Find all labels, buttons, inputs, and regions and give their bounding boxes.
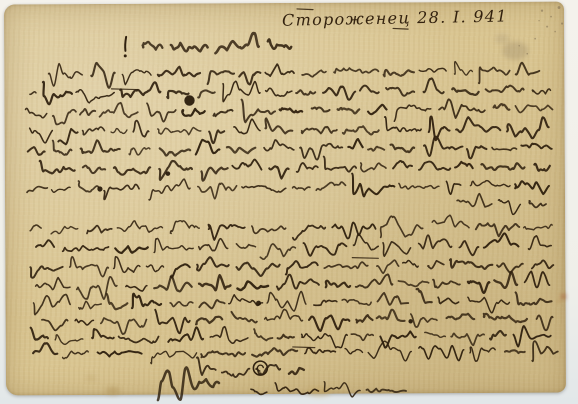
emphasis-underline (293, 347, 315, 348)
body-short-8 (457, 193, 546, 214)
emphasis-underline (393, 28, 408, 29)
body-7 (27, 173, 549, 201)
handwriting-svg (0, 0, 578, 404)
body-12 (36, 271, 550, 299)
paper-speckle (558, 6, 561, 9)
body-1 (48, 61, 539, 88)
paper-speckle (534, 38, 536, 40)
postcard: Стороженец 28. I. 941 (4, 2, 566, 396)
ink-blot (184, 95, 194, 105)
paper-speckle (561, 22, 563, 24)
paper-stain (307, 387, 331, 397)
paper-stain (106, 387, 120, 395)
ink-blot (256, 301, 261, 306)
ink-blot (166, 171, 171, 176)
handwriting-layer (0, 0, 578, 404)
signature-name-18 (158, 367, 219, 400)
body-13 (33, 288, 551, 315)
ink-blot (408, 319, 412, 323)
body-15 (31, 325, 551, 349)
body-6 (40, 155, 550, 181)
paper-speckle (546, 26, 548, 28)
postscript-19 (251, 381, 406, 397)
red-stain (558, 301, 560, 303)
emphasis-underline (111, 89, 137, 90)
body-9 (30, 215, 552, 241)
body-11 (30, 254, 553, 278)
paper-speckle (526, 53, 528, 55)
paper-stain (86, 375, 96, 381)
body-16 (33, 340, 558, 364)
signature-17 (197, 357, 304, 378)
paper-speckle (518, 45, 519, 46)
paper-stain (502, 42, 528, 60)
body-4 (30, 116, 549, 145)
signature-spiral (253, 361, 267, 375)
red-stain (561, 294, 566, 299)
dateline-text: Стороженец 28. I. 941 (282, 6, 532, 30)
ink-blot (97, 186, 102, 191)
paper-speckle (550, 16, 552, 18)
paper-speckle (554, 31, 556, 33)
body-3 (25, 98, 552, 125)
salutation-0 (124, 33, 292, 57)
body-2 (30, 78, 551, 105)
scan-background: Стороженец 28. I. 941 (0, 0, 578, 404)
exclamation-stroke (125, 37, 126, 51)
body-10 (36, 233, 551, 260)
paper-speckle (538, 20, 539, 21)
body-5 (28, 136, 552, 161)
body-14 (42, 308, 553, 335)
paper-stain (495, 34, 509, 44)
paper-speckle (541, 9, 543, 11)
emphasis-underline (352, 258, 378, 259)
